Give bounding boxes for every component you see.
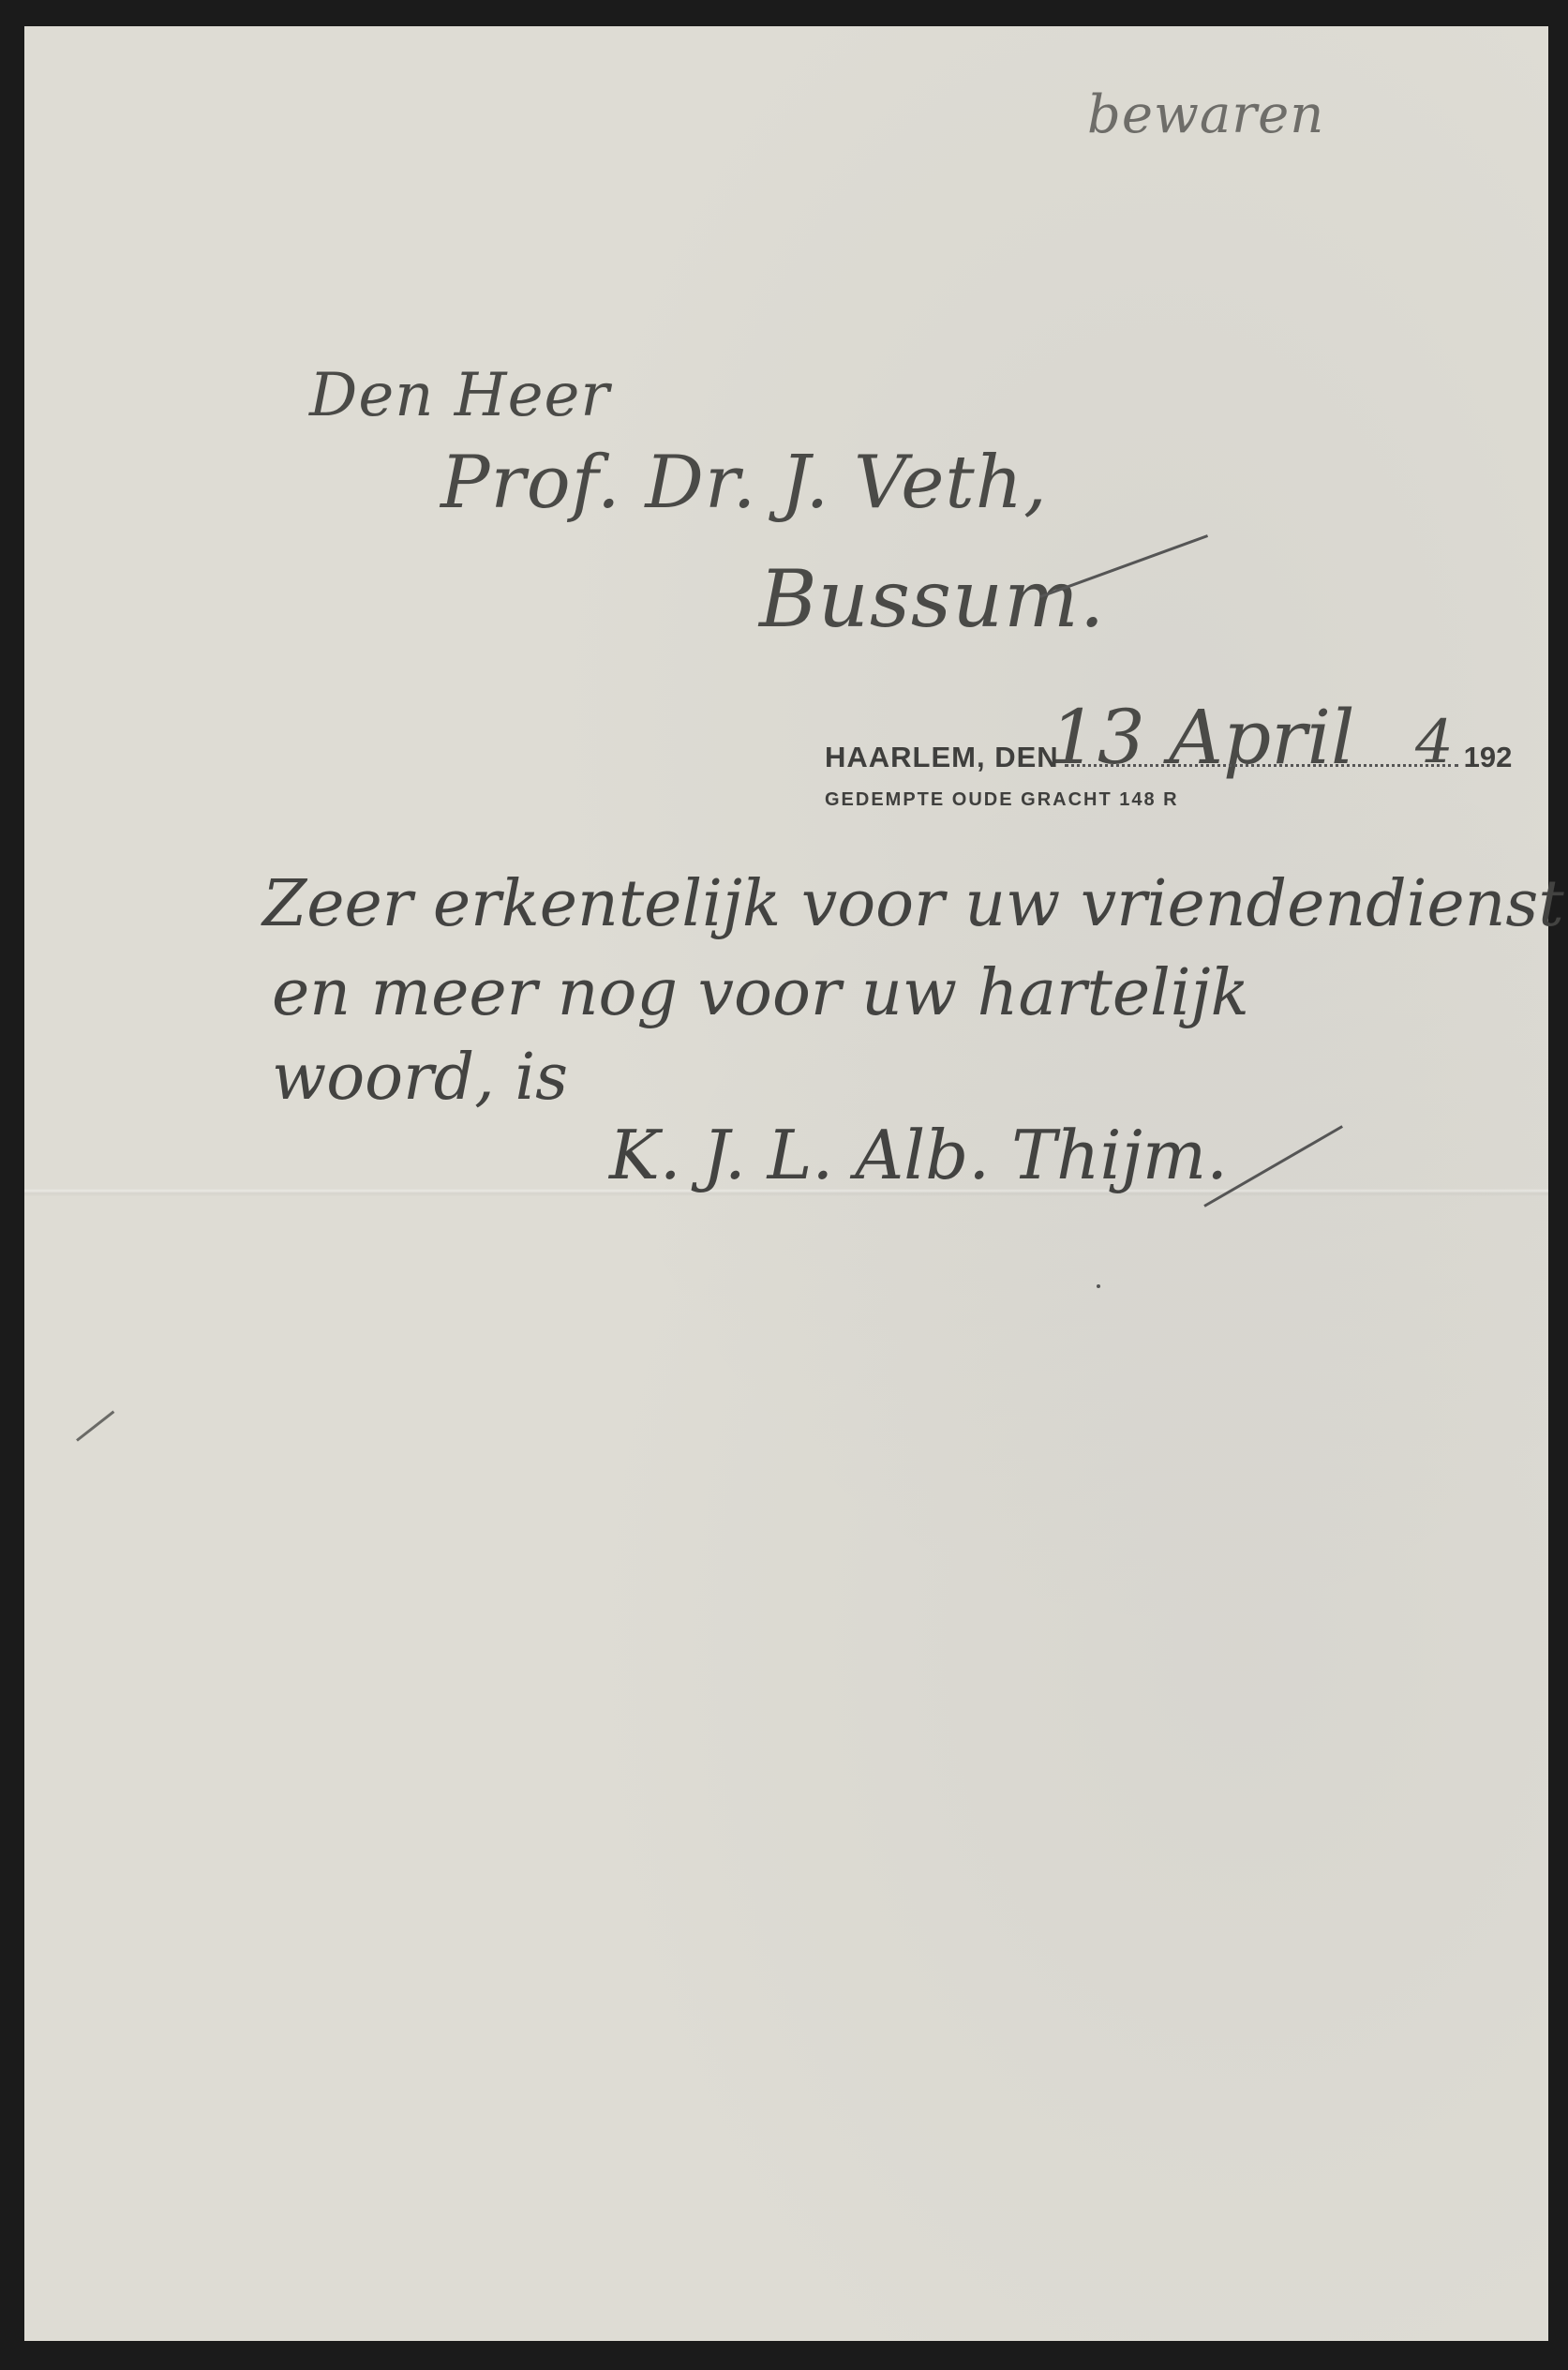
letterhead: HAARLEM, DEN192 GEDEMPTE OUDE GRACHT 148… [825, 741, 1512, 811]
salutation: Den Heer [309, 361, 610, 430]
signature: K. J. L. Alb. Thijm. [609, 1116, 1228, 1194]
letterhead-address: GEDEMPTE OUDE GRACHT 148 R [825, 789, 1512, 811]
body-line: Zeer erkentelijk voor uw vriendendienst [262, 867, 1564, 941]
letterhead-place: HAARLEM, DEN [825, 741, 1059, 773]
archival-annotation: bewaren [1087, 84, 1324, 145]
ink-speck [1097, 1284, 1100, 1288]
date-dotted-line [1065, 764, 1458, 767]
body-line: woord, is [272, 1041, 568, 1115]
body-line: en meer nog voor uw hartelijk [272, 956, 1249, 1030]
letterhead-year: 192 [1464, 741, 1513, 773]
addressee: Prof. Dr. J. Veth, [441, 441, 1048, 525]
addressee-city: Bussum. [759, 553, 1106, 645]
